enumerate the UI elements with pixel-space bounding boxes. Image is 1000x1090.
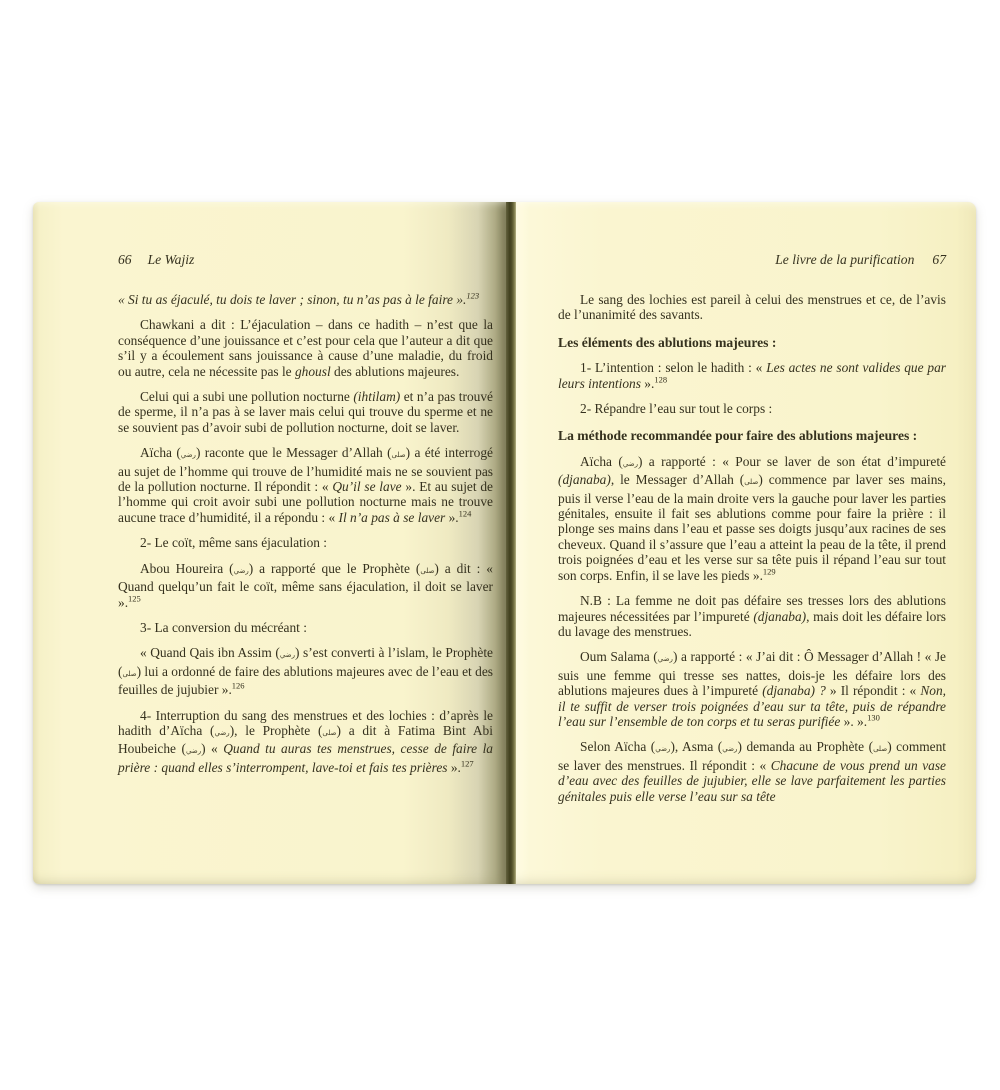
- paragraph: 4- Interruption du sang des menstrues et…: [118, 708, 493, 776]
- paragraph: 2- Le coït, même sans éjaculation :: [118, 535, 493, 550]
- text-run: » Il répondit : «: [826, 683, 921, 698]
- text-run: ) «: [201, 741, 223, 756]
- paragraph: Aïcha (رضي) a rapporté : « Pour se laver…: [558, 454, 946, 583]
- text-run: Oum Salama (: [580, 649, 658, 664]
- text-run: ) commence par laver ses mains, puis il …: [558, 472, 946, 582]
- text-run: La méthode recommandée pour faire des ab…: [558, 428, 917, 443]
- text-run: ) demanda au Prophète (: [737, 739, 873, 754]
- honorific-glyph: رضي: [722, 745, 737, 753]
- honorific-glyph: رضي: [181, 451, 196, 459]
- paragraph: Oum Salama (رضي) a rapporté : « J’ai dit…: [558, 649, 946, 729]
- emphasized-text: (djanaba) ?: [762, 683, 826, 698]
- footnote-ref: 130: [867, 712, 880, 722]
- right-page-number: 67: [932, 252, 946, 268]
- paragraph: 2- Répandre l’eau sur tout le corps :: [558, 401, 946, 416]
- honorific-glyph: صلى: [392, 451, 406, 459]
- text-run: ) raconte que le Messager d’Allah (: [196, 445, 392, 460]
- honorific-glyph: صلى: [322, 729, 336, 737]
- paragraph: « Si tu as éjaculé, tu dois te laver ; s…: [118, 292, 493, 307]
- text-run: 2- Le coït, même sans éjaculation :: [140, 535, 327, 550]
- honorific-glyph: صلى: [744, 478, 758, 486]
- right-page-content: Le livre de la purification 67 Le sang d…: [516, 202, 976, 804]
- right-page-header: Le livre de la purification 67: [558, 252, 946, 268]
- footnote-ref: 125: [128, 593, 141, 603]
- footnote-ref: 126: [232, 681, 245, 691]
- honorific-glyph: رضي: [655, 745, 670, 753]
- emphasized-text: Il n’a pas à se laver: [339, 510, 446, 525]
- text-run: Aïcha (: [580, 454, 623, 469]
- honorific-glyph: رضي: [623, 460, 638, 468]
- footnote-ref: 128: [654, 374, 667, 384]
- text-run: des ablutions majeures.: [331, 364, 460, 379]
- text-run: ) lui a ordonné de faire des ablutions m…: [118, 664, 493, 697]
- emphasized-text: Qu’il se lave: [332, 479, 401, 494]
- text-run: Le sang des lochies est pareil à celui d…: [558, 292, 946, 322]
- left-page-body: « Si tu as éjaculé, tu dois te laver ; s…: [118, 292, 493, 775]
- footnote-ref: 124: [459, 508, 472, 518]
- paragraph: 1- L’intention : selon le hadith : « Les…: [558, 360, 946, 391]
- text-run: ».: [641, 376, 654, 391]
- honorific-glyph: رضي: [234, 567, 249, 575]
- paragraph: Abou Houreira (رضي) a rapporté que le Pr…: [118, 561, 493, 610]
- section-heading: La méthode recommandée pour faire des ab…: [558, 428, 946, 443]
- left-page-title: Le Wajiz: [148, 252, 195, 268]
- text-run: Les éléments des ablutions majeures :: [558, 335, 776, 350]
- footnote-ref: 127: [461, 758, 474, 768]
- honorific-glyph: صلى: [420, 567, 434, 575]
- footnote-ref: 129: [763, 566, 776, 576]
- text-run: ».: [445, 510, 458, 525]
- paragraph: Le sang des lochies est pareil à celui d…: [558, 292, 946, 323]
- text-run: Aïcha (: [140, 445, 181, 460]
- left-page-content: 66 Le Wajiz « Si tu as éjaculé, tu dois …: [33, 202, 506, 775]
- left-page-header: 66 Le Wajiz: [118, 252, 493, 268]
- text-run: , le Messager d’Allah (: [611, 472, 744, 487]
- paragraph: « Quand Qais ibn Assim (رضي) s’est conve…: [118, 645, 493, 697]
- text-run: ) a rapporté que le Prophète (: [249, 561, 421, 576]
- paragraph: Chawkani a dit : L’éjaculation – dans ce…: [118, 317, 493, 379]
- text-run: « Quand Qais ibn Assim (: [140, 645, 280, 660]
- book-spine: [506, 202, 516, 884]
- paragraph: N.B : La femme ne doit pas défaire ses t…: [558, 593, 946, 639]
- honorific-glyph: صلى: [122, 670, 136, 678]
- footnote-ref: 123: [466, 291, 479, 301]
- left-page-number: 66: [118, 252, 132, 268]
- text-run: Celui qui a subi une pollution nocturne: [140, 389, 353, 404]
- text-run: 2- Répandre l’eau sur tout le corps :: [580, 401, 772, 416]
- emphasized-text: (djanaba): [558, 472, 611, 487]
- paragraph: Selon Aïcha (رضي), Asma (رضي) demanda au…: [558, 739, 946, 804]
- text-run: ) a rapporté : « Pour se laver de son ét…: [638, 454, 946, 469]
- book-photo: { "book": { "page_color": "#faf5d0", "sp…: [0, 0, 1000, 1090]
- text-run: ), le Prophète (: [230, 723, 323, 738]
- honorific-glyph: رضي: [658, 655, 673, 663]
- paragraph: Aïcha (رضي) raconte que le Messager d’Al…: [118, 445, 493, 525]
- section-heading: Les éléments des ablutions majeures :: [558, 335, 946, 350]
- emphasized-text: (ihtilam): [353, 389, 400, 404]
- text-run: ». ».: [840, 714, 867, 729]
- honorific-glyph: رضي: [215, 729, 230, 737]
- text-run: ), Asma (: [670, 739, 722, 754]
- honorific-glyph: رضي: [186, 747, 201, 755]
- right-page-body: Le sang des lochies est pareil à celui d…: [558, 292, 946, 804]
- honorific-glyph: رضي: [280, 651, 295, 659]
- honorific-glyph: صلى: [873, 745, 887, 753]
- paragraph: Celui qui a subi une pollution nocturne …: [118, 389, 493, 435]
- book-spread: 66 Le Wajiz « Si tu as éjaculé, tu dois …: [33, 202, 976, 884]
- emphasized-text: (djanaba): [753, 609, 806, 624]
- right-page-title: Le livre de la purification: [775, 252, 914, 268]
- text-run: 1- L’intention : selon le hadith : «: [580, 360, 766, 375]
- text-run: ».: [448, 760, 461, 775]
- text-run: Selon Aïcha (: [580, 739, 655, 754]
- text-run: Abou Houreira (: [140, 561, 234, 576]
- left-page: 66 Le Wajiz « Si tu as éjaculé, tu dois …: [33, 202, 506, 884]
- text-run: 3- La conversion du mécréant :: [140, 620, 307, 635]
- emphasized-text: ghousl: [295, 364, 331, 379]
- right-page: Le livre de la purification 67 Le sang d…: [516, 202, 976, 884]
- emphasized-text: « Si tu as éjaculé, tu dois te laver ; s…: [118, 292, 466, 307]
- paragraph: 3- La conversion du mécréant :: [118, 620, 493, 635]
